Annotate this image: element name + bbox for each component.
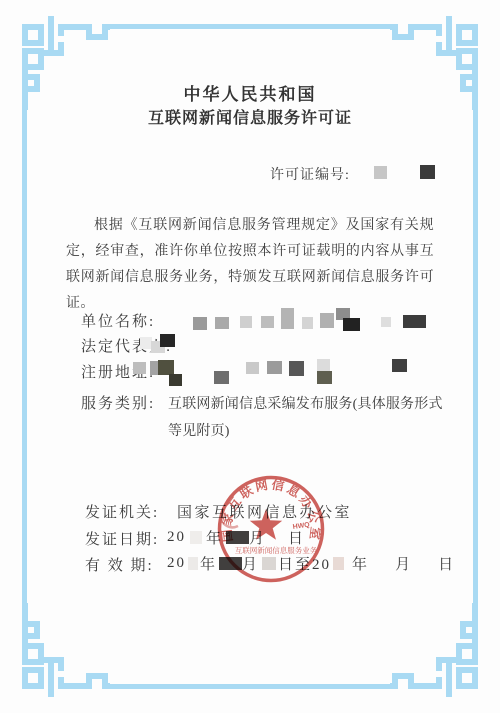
redaction-block: [317, 359, 330, 373]
redaction-block: [261, 316, 274, 328]
issuer-label: 发证机关:: [85, 501, 159, 522]
frame-corner-ornament: [0, 603, 110, 713]
date-text: 20: [167, 555, 186, 572]
issue-date-label: 发证日期:: [85, 528, 159, 549]
redaction-block: [289, 361, 304, 376]
date-text: 月: [395, 553, 412, 574]
official-seal: 国家互联网信息办公室 互联网新闻信息服务业务 HWQ: [207, 465, 335, 593]
seal-side-code: HWQ: [292, 522, 310, 531]
redaction-block: [158, 360, 174, 375]
validity-label: 有 效 期:: [85, 554, 154, 575]
frame-right-line: [473, 106, 478, 607]
redaction-block: [193, 317, 207, 330]
title-certificate: 互联网新闻信息服务许可证: [0, 105, 500, 128]
redaction-block: [392, 359, 407, 372]
redaction-block: [374, 166, 387, 179]
redaction-block: [420, 165, 435, 179]
redaction-block: [188, 557, 198, 570]
frame-top-line: [108, 24, 392, 29]
frame-corner-ornament: [390, 603, 500, 713]
redaction-block: [267, 361, 282, 374]
license-number-label: 许可证编号:: [270, 164, 350, 184]
redaction-block: [246, 362, 259, 374]
date-text: 日: [438, 553, 455, 574]
field-value-service-category: 互联网新闻信息采编发布服务(具体服务形式等见附页): [168, 391, 446, 445]
date-text: 年: [352, 553, 369, 574]
redaction-block: [214, 371, 229, 384]
redaction-block: [381, 317, 391, 327]
redaction-block: [343, 318, 360, 331]
redaction-block: [317, 371, 332, 384]
redaction-block: [215, 317, 229, 329]
redaction-block: [302, 317, 313, 329]
seal-banner-text: 互联网新闻信息服务业务: [235, 545, 318, 555]
frame-bottom-line: [108, 684, 392, 689]
seal-star: [250, 509, 282, 540]
certificate-page: 中华人民共和国 互联网新闻信息服务许可证 许可证编号: 根据《互联网新闻信息服务…: [0, 0, 500, 713]
field-label-service-category: 服务类别:: [81, 392, 155, 413]
field-label-org-name: 单位名称:: [81, 310, 155, 331]
field-label-legal-rep: 法定代表人:: [81, 335, 172, 356]
redaction-block: [240, 316, 252, 328]
body-paragraph: 根据《互联网新闻信息服务管理规定》及国家有关规定，经审查，准许你单位按照本许可证…: [66, 213, 434, 317]
field-label-reg-address: 注册地址:: [81, 361, 155, 382]
frame-left-line: [22, 106, 27, 607]
title-country: 中华人民共和国: [0, 80, 500, 105]
redaction-block: [169, 374, 182, 386]
date-text: 20: [167, 529, 186, 546]
redaction-block: [190, 531, 202, 544]
